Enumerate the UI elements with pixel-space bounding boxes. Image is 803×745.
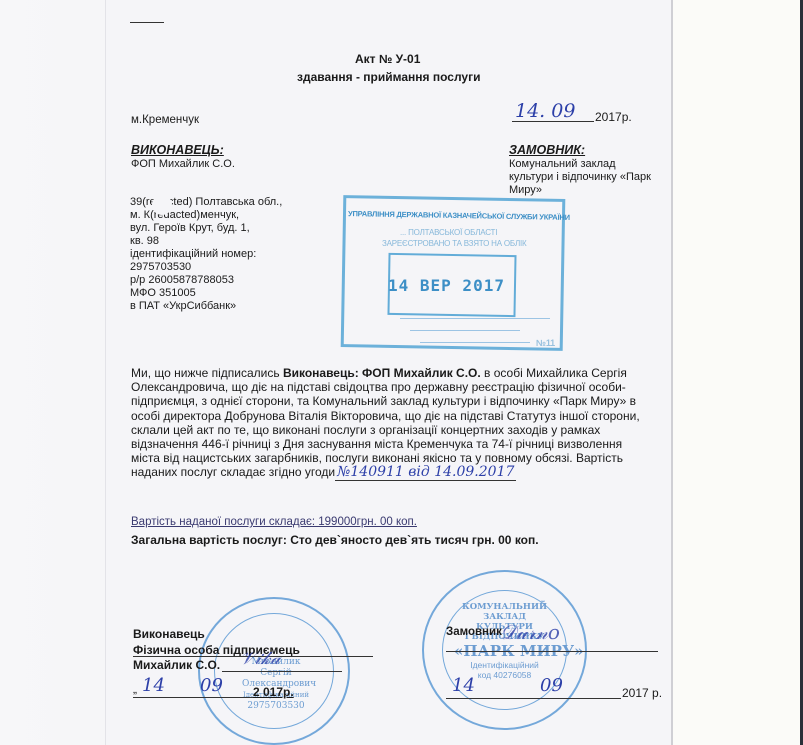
address-line: вул. Героїв Крут, буд. 1, xyxy=(130,222,282,235)
sig-line xyxy=(222,671,342,672)
sig-date-day: 14 xyxy=(142,675,165,696)
address-line: МФО 351005 xyxy=(130,287,282,300)
seal-line: Сергій xyxy=(242,668,310,679)
stamp-number: №11 xyxy=(536,338,555,348)
sig-contractor-label: Виконавець xyxy=(133,627,205,641)
contractor-signature: 𝒱𝒾𝓀𝒶 xyxy=(240,648,280,669)
document-title: Акт № У-01 xyxy=(355,52,420,66)
address-line: р/р 26005878788053 xyxy=(130,274,282,287)
sig-customer-label: Замовник xyxy=(446,626,502,638)
customer-name: Комунальний заклад культури і відпочинку… xyxy=(509,158,651,197)
stamp-field-line xyxy=(410,330,520,331)
address-line: в ПАТ «УкрСиббанк» xyxy=(130,300,282,313)
address-line: ідентифікаційний номер: xyxy=(130,248,282,261)
act-body-paragraph: Ми, що нижче підписались Виконавець: ФОП… xyxy=(131,366,651,480)
seal-line: Ідентифікаційний xyxy=(454,660,555,670)
sig-date-line xyxy=(133,697,253,698)
sig-date-quote: „ xyxy=(133,682,137,696)
stamp-date: 14 ВЕР 2017 xyxy=(388,276,505,295)
agreement-handwritten: №140911 від 14.09.2017 xyxy=(335,464,516,481)
contractor-header: ВИКОНАВЕЦЬ: xyxy=(131,143,224,157)
date-handwritten: 14. 09 xyxy=(515,100,575,122)
date-year: 2017р. xyxy=(595,111,632,124)
customer-date-month: 09 xyxy=(540,675,563,696)
contractor-address: 39(redacted) Полтавська обл., м. К(redac… xyxy=(130,196,282,313)
redaction-mark xyxy=(152,195,172,215)
customer-date-day: 14 xyxy=(452,675,475,696)
address-line: 2975703530 xyxy=(130,261,282,274)
city: м.Кременчук xyxy=(131,114,199,127)
stamp-line-3: ЗАРЕЄСТРОВАНО ТА ВЗЯТО НА ОБЛІК xyxy=(382,239,526,248)
customer-seal: КОМУНАЛЬНИЙ ЗАКЛАД КУЛЬТУРИ І ВІДПОЧИНКУ… xyxy=(422,570,587,730)
body-text-rest: в особі Михайлика Сергія Олександровича,… xyxy=(131,366,640,479)
customer-name-line: культури і відпочинку «Парк xyxy=(509,171,651,184)
date-underline xyxy=(512,121,594,122)
sig-contractor-name: Михайлик С.О. xyxy=(133,658,220,672)
customer-name-line: Комунальний заклад xyxy=(509,158,651,171)
sig-date-year: 2 017р. xyxy=(253,685,294,699)
sig-date-month: 09 xyxy=(200,675,223,696)
body-text-start: Ми, що нижче підписались xyxy=(131,366,283,380)
contractor-name: ФОП Михайлик С.О. xyxy=(131,158,235,171)
customer-name-line: Миру» xyxy=(509,184,651,197)
address-line: м. К(redacted)менчук, xyxy=(130,209,282,222)
stamp-field-line xyxy=(400,318,550,319)
service-cost: Вартість наданої послуги складає: 199000… xyxy=(131,516,417,528)
seal-line: 2975703530 xyxy=(242,701,310,712)
seal-line: КОМУНАЛЬНИЙ xyxy=(454,602,555,612)
customer-date-year: 2017 р. xyxy=(622,686,662,700)
top-mark xyxy=(130,22,164,23)
scan-margin xyxy=(673,0,800,745)
stamp-line-2: ... ПОЛТАВСЬКОЇ ОБЛАСТІ xyxy=(400,228,497,237)
body-text-bold: Виконавець: ФОП Михайлик С.О. xyxy=(283,366,481,380)
total-cost: Загальна вартість послуг: Сто дев`яносто… xyxy=(131,533,539,547)
document-subtitle: здавання - приймання послуги xyxy=(297,70,480,84)
customer-signature: 𝒟𝓊𝓇𝓃𝑜 xyxy=(500,620,560,644)
sig-line xyxy=(446,651,658,652)
customer-date-line xyxy=(446,698,621,699)
customer-header: ЗАМОВНИК: xyxy=(509,143,585,157)
address-line: кв. 98 xyxy=(130,235,282,248)
stamp-field-line xyxy=(420,342,530,343)
